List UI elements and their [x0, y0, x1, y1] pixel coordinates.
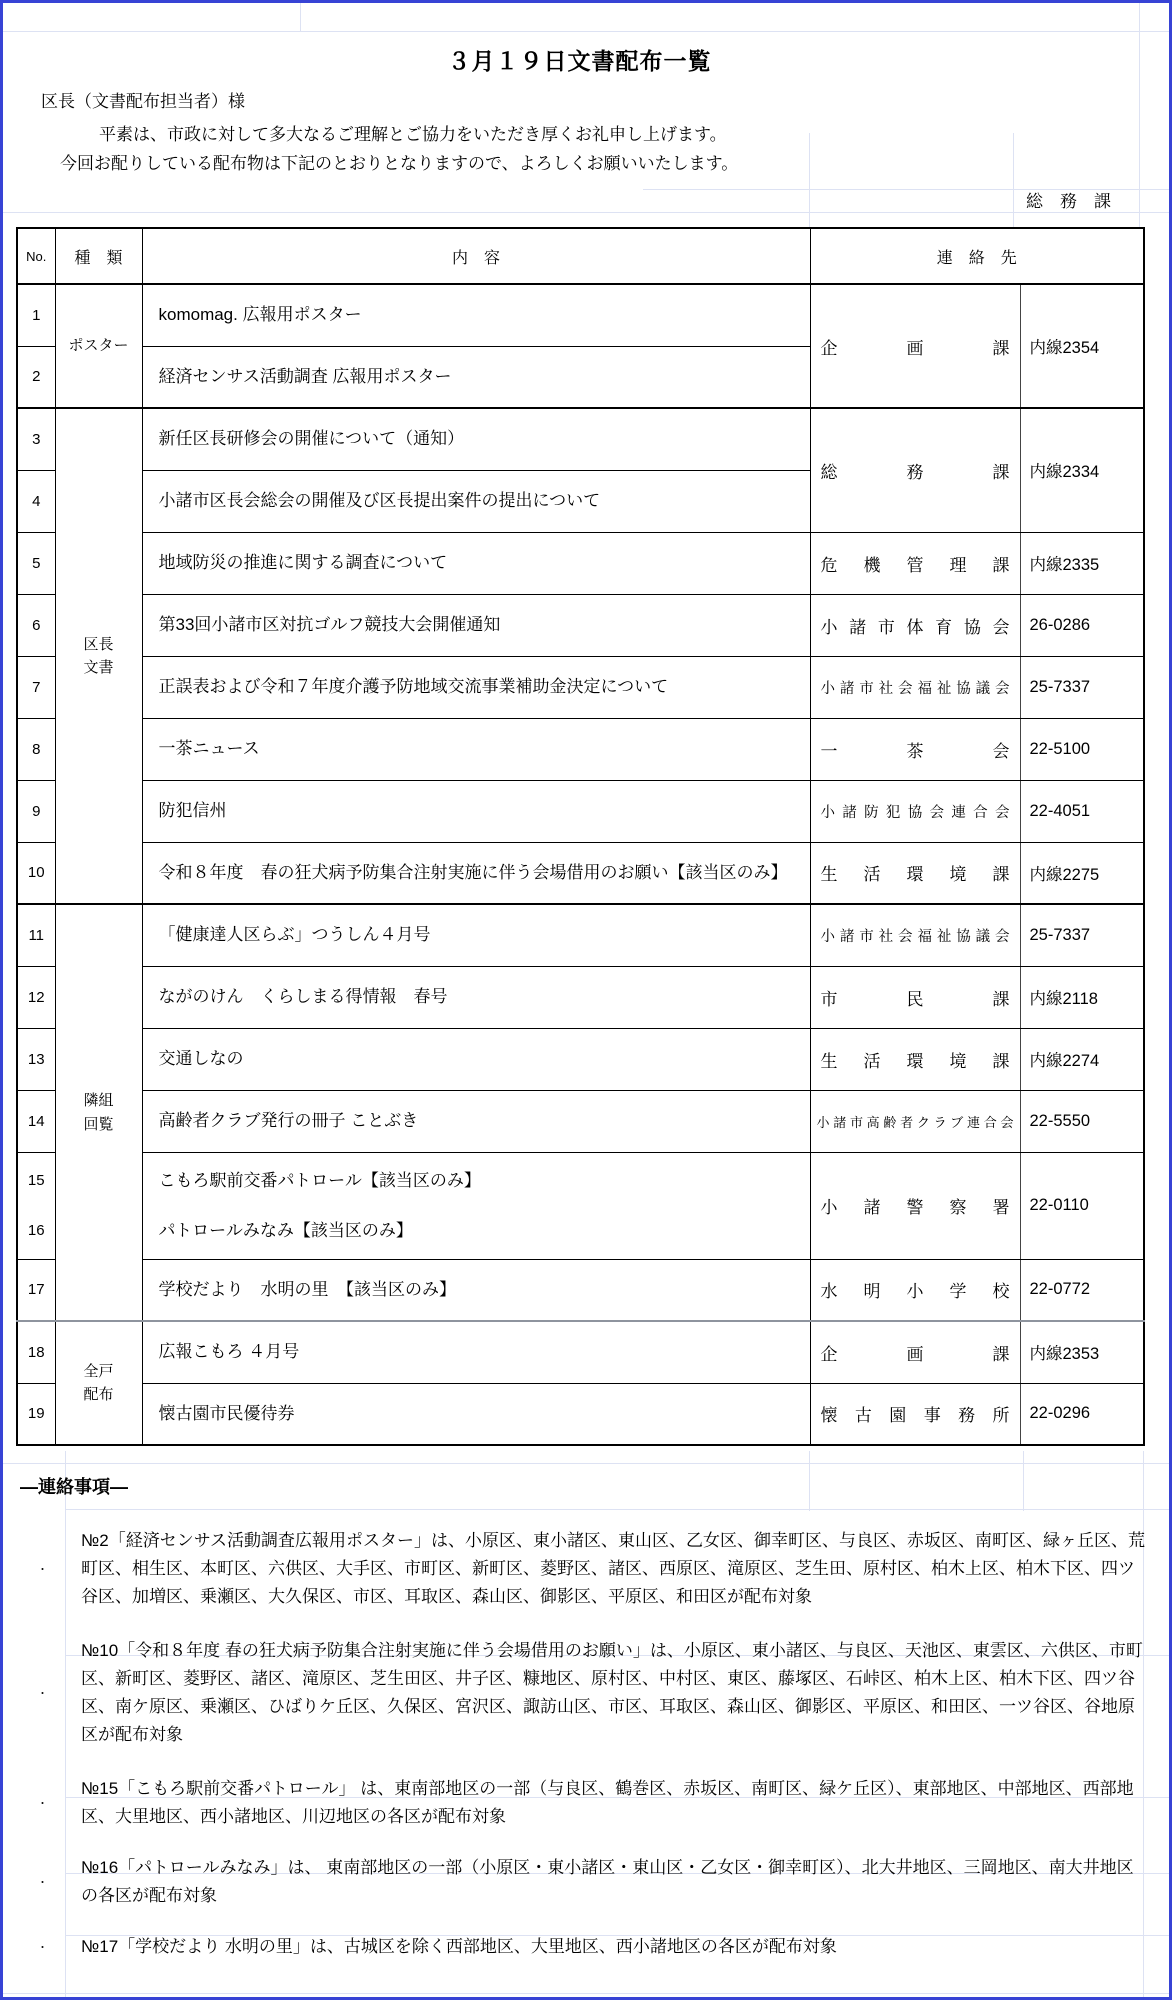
row-content: komomag. 広報用ポスター [142, 284, 810, 346]
row-no: 6 [17, 594, 55, 656]
table-row: 9防犯信州小諸防犯協会連合会22-4051 [17, 780, 1144, 842]
row-content-line: パトロールみなみ【該当区のみ】 [159, 1219, 802, 1243]
row-contact-dept: 小諸市社会福祉協議会 [810, 904, 1020, 966]
row-contact-dept: 危機管理課 [810, 532, 1020, 594]
note-item: ・№15「こもろ駅前交番パトロール」 は、東南部地区の一部（与良区、鶴巻区、赤坂… [31, 1775, 1147, 1831]
gridline [1013, 133, 1014, 227]
note-bullet: ・ [31, 1874, 81, 1890]
row-contact-dept: 生活環境課 [810, 842, 1020, 904]
row-no: 4 [17, 470, 55, 532]
row-contact-tel: 内線2335 [1020, 532, 1144, 594]
row-type: ポスター [55, 284, 142, 408]
note-text: №10「令和８年度 春の狂犬病予防集合注射実施に伴う会場借用のお願い」は、小原区… [81, 1637, 1147, 1749]
table-row: 1516こもろ駅前交番パトロール【該当区のみ】パトロールみなみ【該当区のみ】小諸… [17, 1152, 1144, 1259]
issuing-department: 総 務 課 [963, 187, 1111, 212]
gridline [3, 1463, 1172, 1464]
gridline [1139, 3, 1140, 227]
row-contact-dept: 総務課 [810, 408, 1020, 532]
note-bullet: ・ [31, 1561, 81, 1577]
row-contact-dept: 小諸市体育協会 [810, 594, 1020, 656]
note-text: №2「経済センサス活動調査広報用ポスター」は、小原区、東小諸区、東山区、乙女区、… [81, 1527, 1147, 1611]
table-body: 1ポスターkomomag. 広報用ポスター企画課内線23542経済センサス活動調… [17, 284, 1144, 1445]
gridline [809, 133, 810, 227]
row-no: 14 [17, 1090, 55, 1152]
note-bullet: ・ [31, 1939, 81, 1955]
row-type: 区長 文書 [55, 408, 142, 904]
row-no: 1 [17, 284, 55, 346]
table-row: 8一茶ニュース一茶会22-5100 [17, 718, 1144, 780]
table-row: 6第33回小諸市区対抗ゴルフ競技大会開催通知小諸市体育協会26-0286 [17, 594, 1144, 656]
row-content: ながのけん くらしまる得情報 春号 [142, 966, 810, 1028]
table-row: 14高齢者クラブ発行の冊子 ことぶき小諸市高齢者クラブ連合会22-5550 [17, 1090, 1144, 1152]
row-contact-tel: 内線2353 [1020, 1321, 1144, 1383]
row-type: 隣組 回覧 [55, 904, 142, 1321]
row-no: 5 [17, 532, 55, 594]
note-text: №15「こもろ駅前交番パトロール」 は、東南部地区の一部（与良区、鶴巻区、赤坂区… [81, 1775, 1147, 1831]
row-contact-dept: 小諸警察署 [810, 1152, 1020, 1259]
row-no: 13 [17, 1028, 55, 1090]
table-row: 7正誤表および令和７年度介護予防地域交流事業補助金決定について小諸市社会福祉協議… [17, 656, 1144, 718]
distribution-table: No. 種 類 内 容 連 絡 先 1ポスターkomomag. 広報用ポスター企… [16, 227, 1145, 1446]
row-contact-tel: 内線2118 [1020, 966, 1144, 1028]
row-contact-dept: 小諸市社会福祉協議会 [810, 656, 1020, 718]
header-no: No. [17, 228, 55, 284]
gridline [3, 1993, 1172, 1994]
row-no: 12 [17, 966, 55, 1028]
row-contact-tel: 内線2354 [1020, 284, 1144, 408]
note-text: №16「パトロールみなみ」は、 東南部地区の一部（小原区・東小諸区・東山区・乙女… [81, 1854, 1147, 1910]
row-content: こもろ駅前交番パトロール【該当区のみ】パトロールみなみ【該当区のみ】 [142, 1152, 810, 1259]
row-content: 高齢者クラブ発行の冊子 ことぶき [142, 1090, 810, 1152]
note-item: ・№10「令和８年度 春の狂犬病予防集合注射実施に伴う会場借用のお願い」は、小原… [31, 1637, 1147, 1749]
table-header: No. 種 類 内 容 連 絡 先 [17, 228, 1144, 284]
row-contact-dept: 生活環境課 [810, 1028, 1020, 1090]
row-no: 17 [17, 1259, 55, 1321]
row-content: 交通しなの [142, 1028, 810, 1090]
row-no-value: 15 [18, 1172, 55, 1189]
table-row: 3区長 文書新任区長研修会の開催について（通知）総務課内線2334 [17, 408, 1144, 470]
row-no: 9 [17, 780, 55, 842]
row-no: 8 [17, 718, 55, 780]
table-row: 19懐古園市民優待券懐古園事務所22-0296 [17, 1383, 1144, 1445]
row-contact-dept: 企画課 [810, 1321, 1020, 1383]
row-contact-tel: 22-5550 [1020, 1090, 1144, 1152]
note-bullet: ・ [31, 1795, 81, 1811]
table-row: 10令和８年度 春の狂犬病予防集合注射実施に伴う会場借用のお願い【該当区のみ】生… [17, 842, 1144, 904]
row-no-value: 16 [18, 1222, 55, 1239]
gridline [3, 31, 1172, 32]
row-no: 19 [17, 1383, 55, 1445]
gridline [65, 1509, 1172, 1510]
gridline [809, 1451, 810, 1511]
table-row: 1ポスターkomomag. 広報用ポスター企画課内線2354 [17, 284, 1144, 346]
row-contact-tel: 22-0110 [1020, 1152, 1144, 1259]
row-contact-dept: 小諸市高齢者クラブ連合会 [810, 1090, 1020, 1152]
row-content: 学校だより 水明の里 【該当区のみ】 [142, 1259, 810, 1321]
table-row: 11隣組 回覧「健康達人区らぶ」つうしん４月号小諸市社会福祉協議会25-7337 [17, 904, 1144, 966]
note-item: ・№16「パトロールみなみ」は、 東南部地区の一部（小原区・東小諸区・東山区・乙… [31, 1854, 1147, 1910]
row-contact-tel: 25-7337 [1020, 904, 1144, 966]
row-content: 令和８年度 春の狂犬病予防集合注射実施に伴う会場借用のお願い【該当区のみ】 [142, 842, 810, 904]
row-content: 小諸市区長会総会の開催及び区長提出案件の提出について [142, 470, 810, 532]
page-title: ３月１９日文書配布一覧 [16, 43, 1143, 76]
spreadsheet-document: ３月１９日文書配布一覧 区長（文書配布担当者）様 平素は、市政に対して多大なるご… [0, 0, 1172, 2000]
header-type: 種 類 [55, 228, 142, 284]
row-content: 地域防災の推進に関する調査について [142, 532, 810, 594]
row-content: 防犯信州 [142, 780, 810, 842]
row-contact-tel: 26-0286 [1020, 594, 1144, 656]
row-content: 新任区長研修会の開催について（通知） [142, 408, 810, 470]
row-contact-dept: 懐古園事務所 [810, 1383, 1020, 1445]
row-contact-tel: 25-7337 [1020, 656, 1144, 718]
row-contact-tel: 22-0772 [1020, 1259, 1144, 1321]
row-no: 3 [17, 408, 55, 470]
row-contact-dept: 水明小学校 [810, 1259, 1020, 1321]
header-contact: 連 絡 先 [810, 228, 1144, 284]
table-row: 18全戸 配布広報こもろ ４月号企画課内線2353 [17, 1321, 1144, 1383]
note-bullet: ・ [31, 1685, 81, 1701]
table-row: 13交通しなの生活環境課内線2274 [17, 1028, 1144, 1090]
greeting-line-2: 今回お配りしている配布物は下記のとおりとなりますので、よろしくお願いいたします。 [60, 149, 738, 174]
row-contact-tel: 22-4051 [1020, 780, 1144, 842]
note-item: ・№2「経済センサス活動調査広報用ポスター」は、小原区、東小諸区、東山区、乙女区… [31, 1527, 1147, 1611]
row-content: 広報こもろ ４月号 [142, 1321, 810, 1383]
row-contact-tel: 内線2275 [1020, 842, 1144, 904]
row-contact-tel: 22-5100 [1020, 718, 1144, 780]
row-content: 正誤表および令和７年度介護予防地域交流事業補助金決定について [142, 656, 810, 718]
row-type: 全戸 配布 [55, 1321, 142, 1445]
row-content-line: こもろ駅前交番パトロール【該当区のみ】 [159, 1169, 802, 1193]
gridline [1023, 1451, 1024, 1511]
gridline [300, 3, 301, 31]
row-no: 11 [17, 904, 55, 966]
row-contact-tel: 内線2334 [1020, 408, 1144, 532]
notes-heading: ―連絡事項― [20, 1473, 128, 1499]
row-no: 10 [17, 842, 55, 904]
row-contact-tel: 22-0296 [1020, 1383, 1144, 1445]
row-no: 1516 [17, 1152, 55, 1259]
row-content: 懐古園市民優待券 [142, 1383, 810, 1445]
row-contact-tel: 内線2274 [1020, 1028, 1144, 1090]
row-contact-dept: 市民課 [810, 966, 1020, 1028]
greeting-line-1: 平素は、市政に対して多大なるご理解とご協力をいただき厚くお礼申し上げます。 [99, 120, 727, 145]
row-content: 第33回小諸市区対抗ゴルフ競技大会開催通知 [142, 594, 810, 656]
table-row: 17学校だより 水明の里 【該当区のみ】水明小学校22-0772 [17, 1259, 1144, 1321]
notes-list: ・№2「経済センサス活動調査広報用ポスター」は、小原区、東小諸区、東山区、乙女区… [31, 1527, 1147, 1984]
row-no: 2 [17, 346, 55, 408]
gridline [3, 212, 1172, 213]
row-no: 7 [17, 656, 55, 718]
row-contact-dept: 小諸防犯協会連合会 [810, 780, 1020, 842]
header-content: 内 容 [142, 228, 810, 284]
table-row: 12ながのけん くらしまる得情報 春号市民課内線2118 [17, 966, 1144, 1028]
salutation-text: 区長（文書配布担当者）様 [41, 87, 245, 112]
note-text: №17「学校だより 水明の里」は、古城区を除く西部地区、大里地区、西小諸地区の各… [81, 1933, 1147, 1961]
row-no: 18 [17, 1321, 55, 1383]
table-row: 5地域防災の推進に関する調査について危機管理課内線2335 [17, 532, 1144, 594]
row-content: 経済センサス活動調査 広報用ポスター [142, 346, 810, 408]
row-contact-dept: 一茶会 [810, 718, 1020, 780]
row-contact-dept: 企画課 [810, 284, 1020, 408]
header-row: No. 種 類 内 容 連 絡 先 [17, 228, 1144, 284]
note-item: ・№17「学校だより 水明の里」は、古城区を除く西部地区、大里地区、西小諸地区の… [31, 1933, 1147, 1961]
row-content: 一茶ニュース [142, 718, 810, 780]
row-content: 「健康達人区らぶ」つうしん４月号 [142, 904, 810, 966]
